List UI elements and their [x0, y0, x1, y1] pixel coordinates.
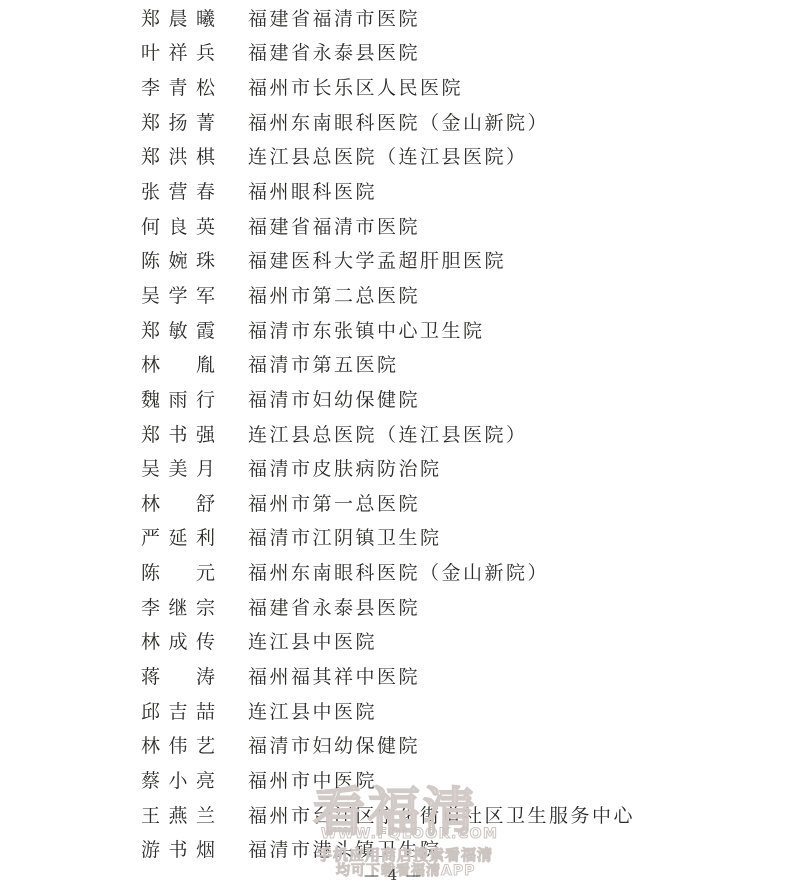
hospital-name: 福州市第二总医院 — [248, 281, 420, 308]
list-item: 王燕兰 福州市台江区宁化街道社区卫生服务中心 — [0, 797, 787, 832]
hospital-name: 福州眼科医院 — [248, 177, 377, 204]
list-item: 游书烟 福清市港头镇卫生院 — [0, 831, 787, 866]
person-name: 郑晨曦 — [141, 4, 215, 31]
list-item: 林伟艺 福清市妇幼保健院 — [0, 727, 787, 762]
person-name: 张营春 — [141, 177, 215, 204]
hospital-name: 福建医科大学孟超肝胆医院 — [248, 246, 506, 273]
staff-list: 郑晨曦 福建省福清市医院 叶祥兵 福建省永泰县医院 李青松 福州市长乐区人民医院… — [0, 0, 787, 866]
person-name: 郑扬菁 — [141, 108, 215, 135]
list-item: 林 舒 福州市第一总医院 — [0, 485, 787, 520]
person-name: 蔡小亮 — [141, 766, 215, 793]
person-name: 游书烟 — [141, 835, 215, 862]
list-item: 邱吉喆 连江县中医院 — [0, 693, 787, 728]
list-item: 郑扬菁 福州东南眼科医院（金山新院） — [0, 104, 787, 139]
list-item: 吴学军 福州市第二总医院 — [0, 277, 787, 312]
list-item: 叶祥兵 福建省永泰县医院 — [0, 35, 787, 70]
person-name: 陈婉珠 — [141, 246, 215, 273]
hospital-name: 福建省福清市医院 — [248, 212, 420, 239]
document-page: 郑晨曦 福建省福清市医院 叶祥兵 福建省永泰县医院 李青松 福州市长乐区人民医院… — [0, 0, 787, 895]
hospital-name: 连江县总医院（连江县医院） — [248, 420, 528, 447]
person-name: 郑敏霞 — [141, 316, 215, 343]
hospital-name: 连江县中医院 — [248, 697, 377, 724]
hospital-name: 福州东南眼科医院（金山新院） — [248, 558, 549, 585]
list-item: 郑书强 连江县总医院（连江县医院） — [0, 416, 787, 451]
person-name: 吴学军 — [141, 281, 215, 308]
hospital-name: 福州市台江区宁化街道社区卫生服务中心 — [248, 801, 635, 828]
list-item: 李青松 福州市长乐区人民医院 — [0, 69, 787, 104]
list-item: 魏雨行 福清市妇幼保健院 — [0, 381, 787, 416]
list-item: 林成传 连江县中医院 — [0, 624, 787, 659]
hospital-name: 福清市港头镇卫生院 — [248, 835, 442, 862]
person-name: 郑洪棋 — [141, 142, 215, 169]
person-name: 邱吉喆 — [141, 697, 215, 724]
person-name: 林伟艺 — [141, 731, 215, 758]
hospital-name: 福建省永泰县医院 — [248, 38, 420, 65]
list-item: 郑晨曦 福建省福清市医院 — [0, 0, 787, 35]
person-name: 叶祥兵 — [141, 38, 215, 65]
list-item: 李继宗 福建省永泰县医院 — [0, 589, 787, 624]
person-name: 郑书强 — [141, 420, 215, 447]
hospital-name: 福清市第五医院 — [248, 350, 399, 377]
list-item: 蔡小亮 福州市中医院 — [0, 762, 787, 797]
person-name: 陈 元 — [141, 558, 215, 585]
hospital-name: 福州市第一总医院 — [248, 489, 420, 516]
hospital-name: 福清市东张镇中心卫生院 — [248, 316, 485, 343]
hospital-name: 连江县总医院（连江县医院） — [248, 142, 528, 169]
hospital-name: 福建省福清市医院 — [248, 4, 420, 31]
hospital-name: 福建省永泰县医院 — [248, 593, 420, 620]
hospital-name: 福州市中医院 — [248, 766, 377, 793]
list-item: 何良英 福建省福清市医院 — [0, 208, 787, 243]
person-name: 严延利 — [141, 523, 215, 550]
person-name: 吴美月 — [141, 454, 215, 481]
hospital-name: 连江县中医院 — [248, 627, 377, 654]
person-name: 王燕兰 — [141, 801, 215, 828]
person-name: 李继宗 — [141, 593, 215, 620]
person-name: 林 舒 — [141, 489, 215, 516]
list-item: 蒋 涛 福州福其祥中医院 — [0, 658, 787, 693]
person-name: 何良英 — [141, 212, 215, 239]
page-number: — 4 — — [0, 866, 787, 884]
hospital-name: 福清市江阴镇卫生院 — [248, 523, 442, 550]
hospital-name: 福州东南眼科医院（金山新院） — [248, 108, 549, 135]
hospital-name: 福清市妇幼保健院 — [248, 385, 420, 412]
list-item: 林 胤 福清市第五医院 — [0, 346, 787, 381]
person-name: 李青松 — [141, 73, 215, 100]
hospital-name: 福清市妇幼保健院 — [248, 731, 420, 758]
person-name: 林 胤 — [141, 350, 215, 377]
list-item: 郑洪棋 连江县总医院（连江县医院） — [0, 139, 787, 174]
person-name: 蒋 涛 — [141, 662, 215, 689]
list-item: 严延利 福清市江阴镇卫生院 — [0, 520, 787, 555]
list-item: 张营春 福州眼科医院 — [0, 173, 787, 208]
hospital-name: 福州市长乐区人民医院 — [248, 73, 463, 100]
hospital-name: 福州福其祥中医院 — [248, 662, 420, 689]
list-item: 陈 元 福州东南眼科医院（金山新院） — [0, 554, 787, 589]
list-item: 郑敏霞 福清市东张镇中心卫生院 — [0, 312, 787, 347]
person-name: 林成传 — [141, 627, 215, 654]
person-name: 魏雨行 — [141, 385, 215, 412]
hospital-name: 福清市皮肤病防治院 — [248, 454, 442, 481]
list-item: 陈婉珠 福建医科大学孟超肝胆医院 — [0, 242, 787, 277]
list-item: 吴美月 福清市皮肤病防治院 — [0, 450, 787, 485]
